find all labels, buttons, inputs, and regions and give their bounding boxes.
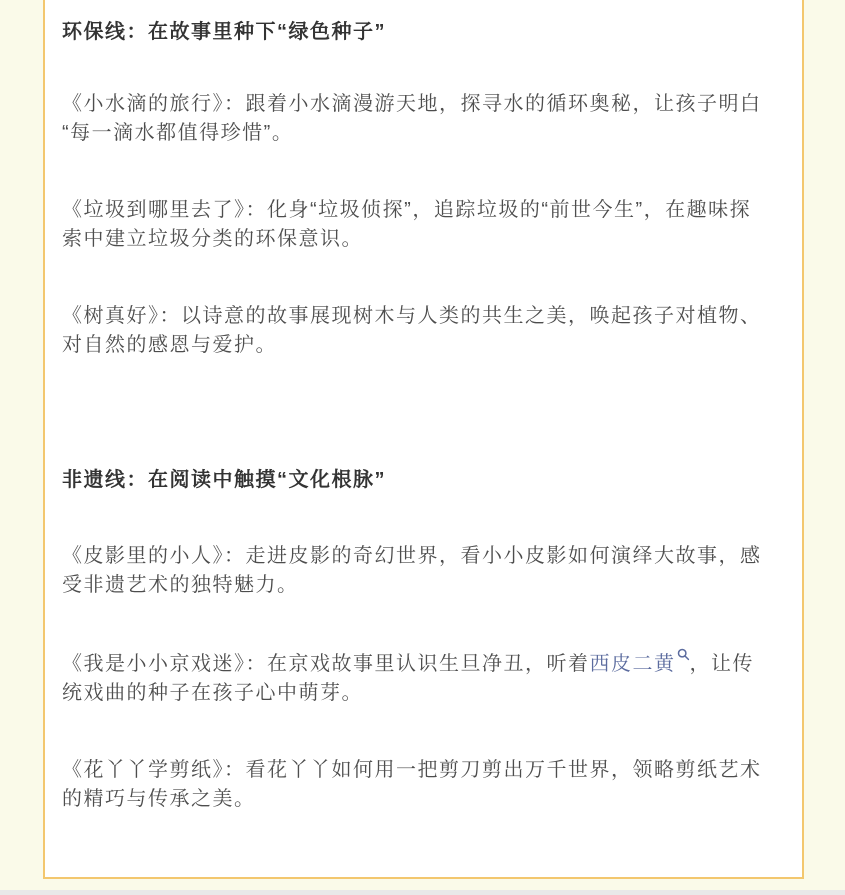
book-paragraph-shadow-puppet: 《皮影里的小人》：走进皮影的奇幻世界，看小小皮影如何演绎大故事，感 受非遗艺术的…: [62, 542, 785, 600]
paragraph-line: 索中建立垃圾分类的环保意识。: [62, 225, 785, 254]
paragraph-line: 《垃圾到哪里去了》：化身“垃圾侦探”，追踪垃圾的“前世今生”，在趣味探: [62, 196, 785, 225]
paragraph-line: 对自然的感恩与爱护。: [62, 331, 785, 360]
book-paragraph-papercut: 《花丫丫学剪纸》：看花丫丫如何用一把剪刀剪出万千世界，领略剪纸艺术 的精巧与传承…: [62, 756, 785, 814]
paragraph-line: 受非遗艺术的独特魅力。: [62, 571, 785, 600]
search-icon[interactable]: [677, 648, 690, 661]
paragraph-line: 《树真好》：以诗意的故事展现树木与人类的共生之美，唤起孩子对植物、: [62, 302, 785, 331]
book-paragraph-garbage: 《垃圾到哪里去了》：化身“垃圾侦探”，追踪垃圾的“前世今生”，在趣味探 索中建立…: [62, 196, 785, 254]
section-heading-heritage: 非遗线：在阅读中触摸“文化根脉”: [62, 466, 785, 495]
paragraph-line: 《我是小小京戏迷》：在京戏故事里认识生旦净丑，听着西皮二黄 ，让传: [62, 648, 785, 679]
paragraph-line: 《皮影里的小人》：走进皮影的奇幻世界，看小小皮影如何演绎大故事，感: [62, 542, 785, 571]
paragraph-line: 的精巧与传承之美。: [62, 785, 785, 814]
paragraph-line: 《小水滴的旅行》：跟着小水滴漫游天地，探寻水的循环奥秘，让孩子明白: [62, 90, 785, 119]
book-paragraph-opera: 《我是小小京戏迷》：在京戏故事里认识生旦净丑，听着西皮二黄 ，让传 统戏曲的种子…: [62, 648, 785, 708]
page-bottom-divider: [0, 890, 845, 895]
paragraph-line: “每一滴水都值得珍惜”。: [62, 119, 785, 148]
paragraph-text: ，让传: [690, 653, 755, 675]
article-card: 环保线：在故事里种下“绿色种子” 《小水滴的旅行》：跟着小水滴漫游天地，探寻水的…: [43, 0, 804, 879]
paragraph-line: 统戏曲的种子在孩子心中萌芽。: [62, 679, 785, 708]
inline-search-link[interactable]: 西皮二黄: [590, 653, 676, 675]
paragraph-line: 《花丫丫学剪纸》：看花丫丫如何用一把剪刀剪出万千世界，领略剪纸艺术: [62, 756, 785, 785]
paragraph-text: 《我是小小京戏迷》：在京戏故事里认识生旦净丑，听着: [62, 653, 590, 675]
page-background: 环保线：在故事里种下“绿色种子” 《小水滴的旅行》：跟着小水滴漫游天地，探寻水的…: [0, 0, 845, 895]
section-heading-environment: 环保线：在故事里种下“绿色种子”: [62, 18, 785, 47]
book-paragraph-water: 《小水滴的旅行》：跟着小水滴漫游天地，探寻水的循环奥秘，让孩子明白 “每一滴水都…: [62, 90, 785, 148]
book-paragraph-tree: 《树真好》：以诗意的故事展现树木与人类的共生之美，唤起孩子对植物、 对自然的感恩…: [62, 302, 785, 360]
